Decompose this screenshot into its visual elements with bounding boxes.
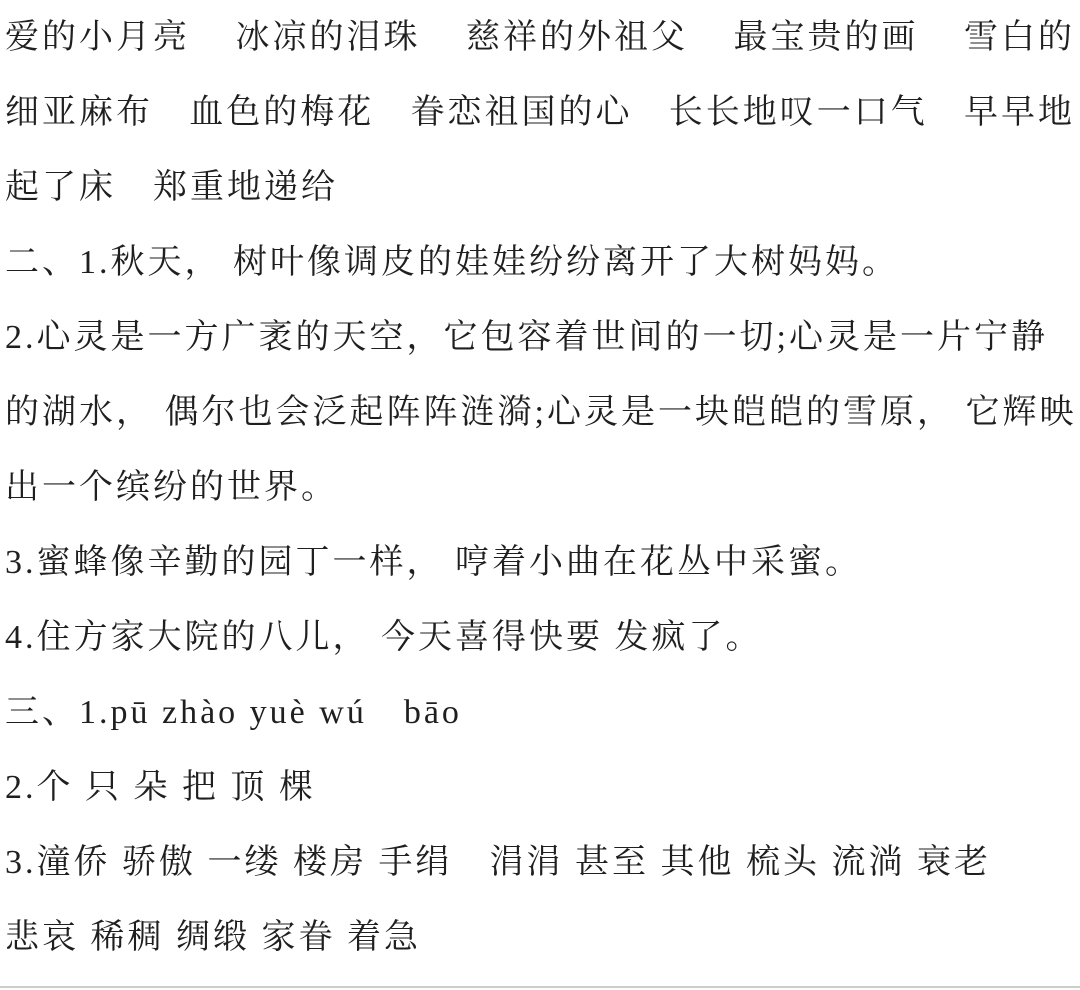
section-2-item-2-part-3: 出一个缤纷的世界。 (0, 450, 1080, 525)
section-2-item-3: 3.蜜蜂像辛勤的园丁一样， 哼着小曲在花丛中采蜜。 (0, 525, 1080, 600)
bottom-divider (0, 986, 1080, 988)
section-3-item-3-part-2: 悲哀 稀稠 绸缎 家眷 着急 (0, 900, 1080, 975)
phrase: 慈祥的外祖父 (466, 0, 688, 75)
section-3-item-1-pinyin: 三、1.pū zhào yuè wú bāo (0, 675, 1080, 750)
section-3-item-3-part-1: 3.潼侨 骄傲 一缕 楼房 手绢 涓涓 甚至 其他 梳头 流淌 衰老 (0, 825, 1080, 900)
phrase: 最宝贵的画 (734, 0, 919, 75)
section-2-item-1: 二、1.秋天， 树叶像调皮的娃娃纷纷离开了大树妈妈。 (0, 225, 1080, 300)
phrase: 眷恋祖国的心 (411, 75, 633, 150)
section-3-item-2: 2.个 只 朵 把 顶 棵 (0, 750, 1080, 825)
phrase: 长长地叹一口气 (669, 75, 928, 150)
phrase: 细亚麻布 (5, 75, 153, 150)
section-2-item-4: 4.住方家大院的八儿， 今天喜得快要 发疯了。 (0, 600, 1080, 675)
section-2-item-2-part-2: 的湖水， 偶尔也会泛起阵阵涟漪;心灵是一块皑皑的雪原， 它辉映 (0, 375, 1080, 450)
answer-line-3: 起了床 郑重地递给 (0, 150, 1080, 225)
phrase: 爱的小月亮 (5, 0, 190, 75)
answer-line-2: 细亚麻布 血色的梅花 眷恋祖国的心 长长地叹一口气 早早地 (0, 75, 1080, 150)
phrase: 血色的梅花 (189, 75, 374, 150)
phrase: 雪白的 (964, 0, 1075, 75)
section-2-item-2-part-1: 2.心灵是一方广袤的天空，它包容着世间的一切;心灵是一片宁静 (0, 300, 1080, 375)
worksheet-answer-page: 爱的小月亮 冰凉的泪珠 慈祥的外祖父 最宝贵的画 雪白的 细亚麻布 血色的梅花 … (0, 0, 1080, 990)
phrase: 冰凉的泪珠 (236, 0, 421, 75)
phrase: 早早地 (964, 75, 1075, 150)
answer-line-1: 爱的小月亮 冰凉的泪珠 慈祥的外祖父 最宝贵的画 雪白的 (0, 0, 1080, 75)
